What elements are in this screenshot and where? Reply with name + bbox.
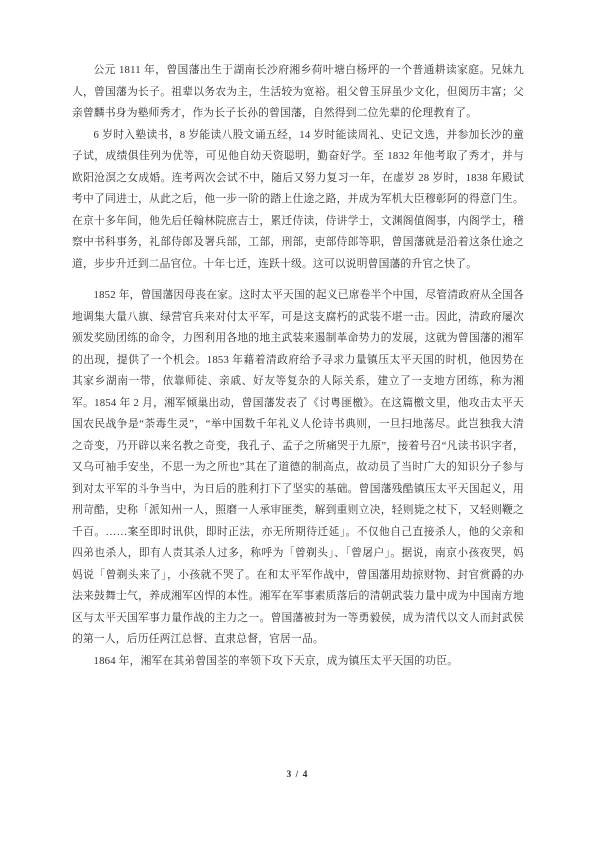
page-number: 3 / 4: [0, 770, 595, 780]
document-page: 公元 1811 年，曾国藩出生于湖南长沙府湘乡荷叶塘白杨坪的一个普通耕读家庭。兄…: [0, 0, 595, 841]
paragraph-1864-tianjing: 1864 年，湘军在其弟曾国荃的率领下攻下天京，成为镇压太平天国的功臣。: [72, 651, 524, 673]
document-body: 公元 1811 年，曾国藩出生于湖南长沙府湘乡荷叶塘白杨坪的一个普通耕读家庭。兄…: [72, 60, 524, 672]
paragraph-education-career: 6 岁时入塾读书，8 岁能读八股文诵五经，14 岁时能读周礼、史记文选，并参加长…: [72, 125, 524, 276]
paragraph-birth-family: 公元 1811 年，曾国藩出生于湖南长沙府湘乡荷叶塘白杨坪的一个普通耕读家庭。兄…: [72, 60, 524, 125]
paragraph-xiang-army: 1852 年，曾国藩因母丧在家。这时太平天国的起义已席卷半个中国，尽管清政府从全…: [72, 285, 524, 651]
